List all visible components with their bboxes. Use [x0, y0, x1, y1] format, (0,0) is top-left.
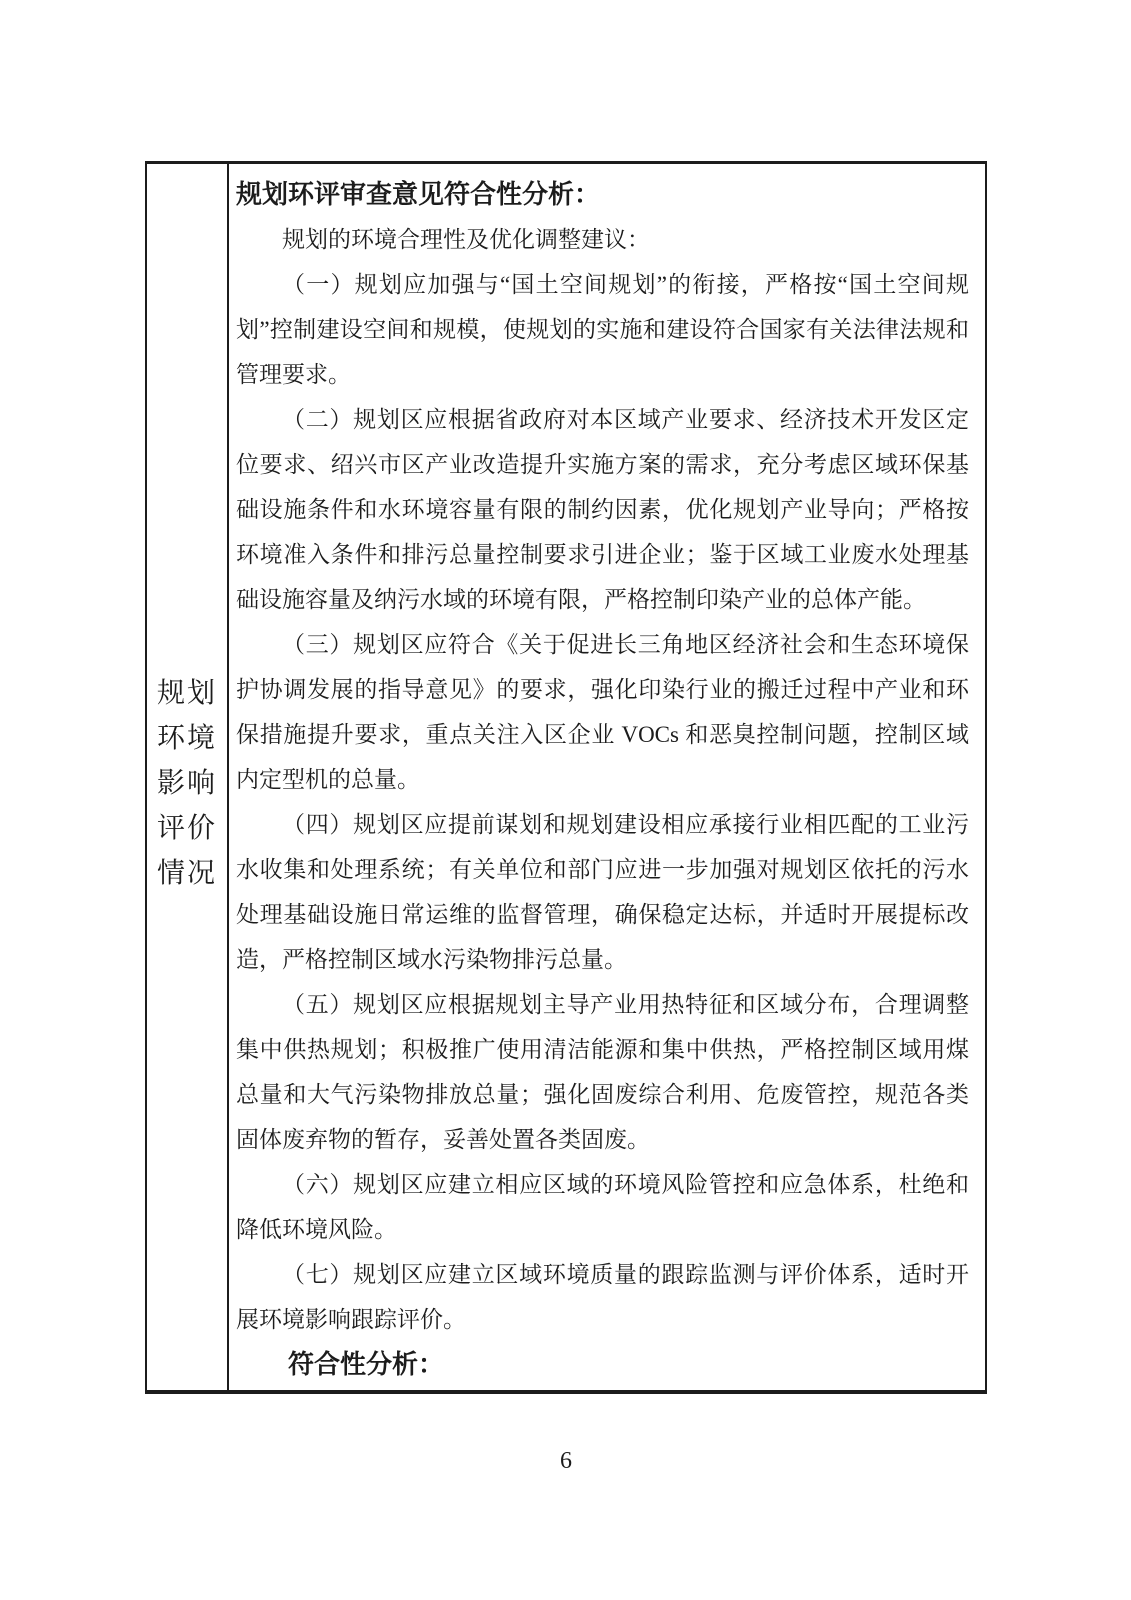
assessment-table: 规划 环境 影响 评价 情况 规划环评审查意见符合性分析： 规划的环境合理性及优… — [145, 161, 987, 1394]
row-header-line: 规划 — [157, 671, 217, 716]
cell-paragraph: （四）规划区应提前谋划和规划建设相应承接行业相匹配的工业污水收集和处理系统；有关… — [236, 802, 969, 982]
row-header-line: 情况 — [157, 851, 217, 896]
cell-paragraph: （二）规划区应根据省政府对本区域产业要求、经济技术开发区定位要求、绍兴市区产业改… — [236, 397, 969, 622]
row-header-planning-eia-status: 规划 环境 影响 评价 情况 — [147, 164, 229, 1390]
page-number: 6 — [145, 1448, 987, 1475]
compliance-analysis-heading: 符合性分析： — [236, 1342, 969, 1387]
row-header-line: 环境 — [157, 716, 217, 761]
cell-paragraph: （七）规划区应建立区域环境质量的跟踪监测与评价体系，适时开展环境影响跟踪评价。 — [236, 1252, 969, 1342]
section-heading: 规划环评审查意见符合性分析： — [236, 172, 969, 217]
cell-paragraph: 规划的环境合理性及优化调整建议： — [236, 217, 969, 262]
row-header-line: 评价 — [157, 806, 217, 851]
row-header-line: 影响 — [157, 761, 217, 806]
document-page: 规划 环境 影响 评价 情况 规划环评审查意见符合性分析： 规划的环境合理性及优… — [0, 0, 1131, 1600]
cell-paragraph: （五）规划区应根据规划主导产业用热特征和区域分布，合理调整集中供热规划；积极推广… — [236, 982, 969, 1162]
cell-paragraph: （三）规划区应符合《关于促进长三角地区经济社会和生态环境保护协调发展的指导意见》… — [236, 622, 969, 802]
review-opinion-cell: 规划环评审查意见符合性分析： 规划的环境合理性及优化调整建议： （一）规划应加强… — [229, 164, 985, 1390]
cell-paragraph: （一）规划应加强与“国土空间规划”的衔接，严格按“国土空间规划”控制建设空间和规… — [236, 262, 969, 397]
cell-paragraph: （六）规划区应建立相应区域的环境风险管控和应急体系，杜绝和降低环境风险。 — [236, 1162, 969, 1252]
